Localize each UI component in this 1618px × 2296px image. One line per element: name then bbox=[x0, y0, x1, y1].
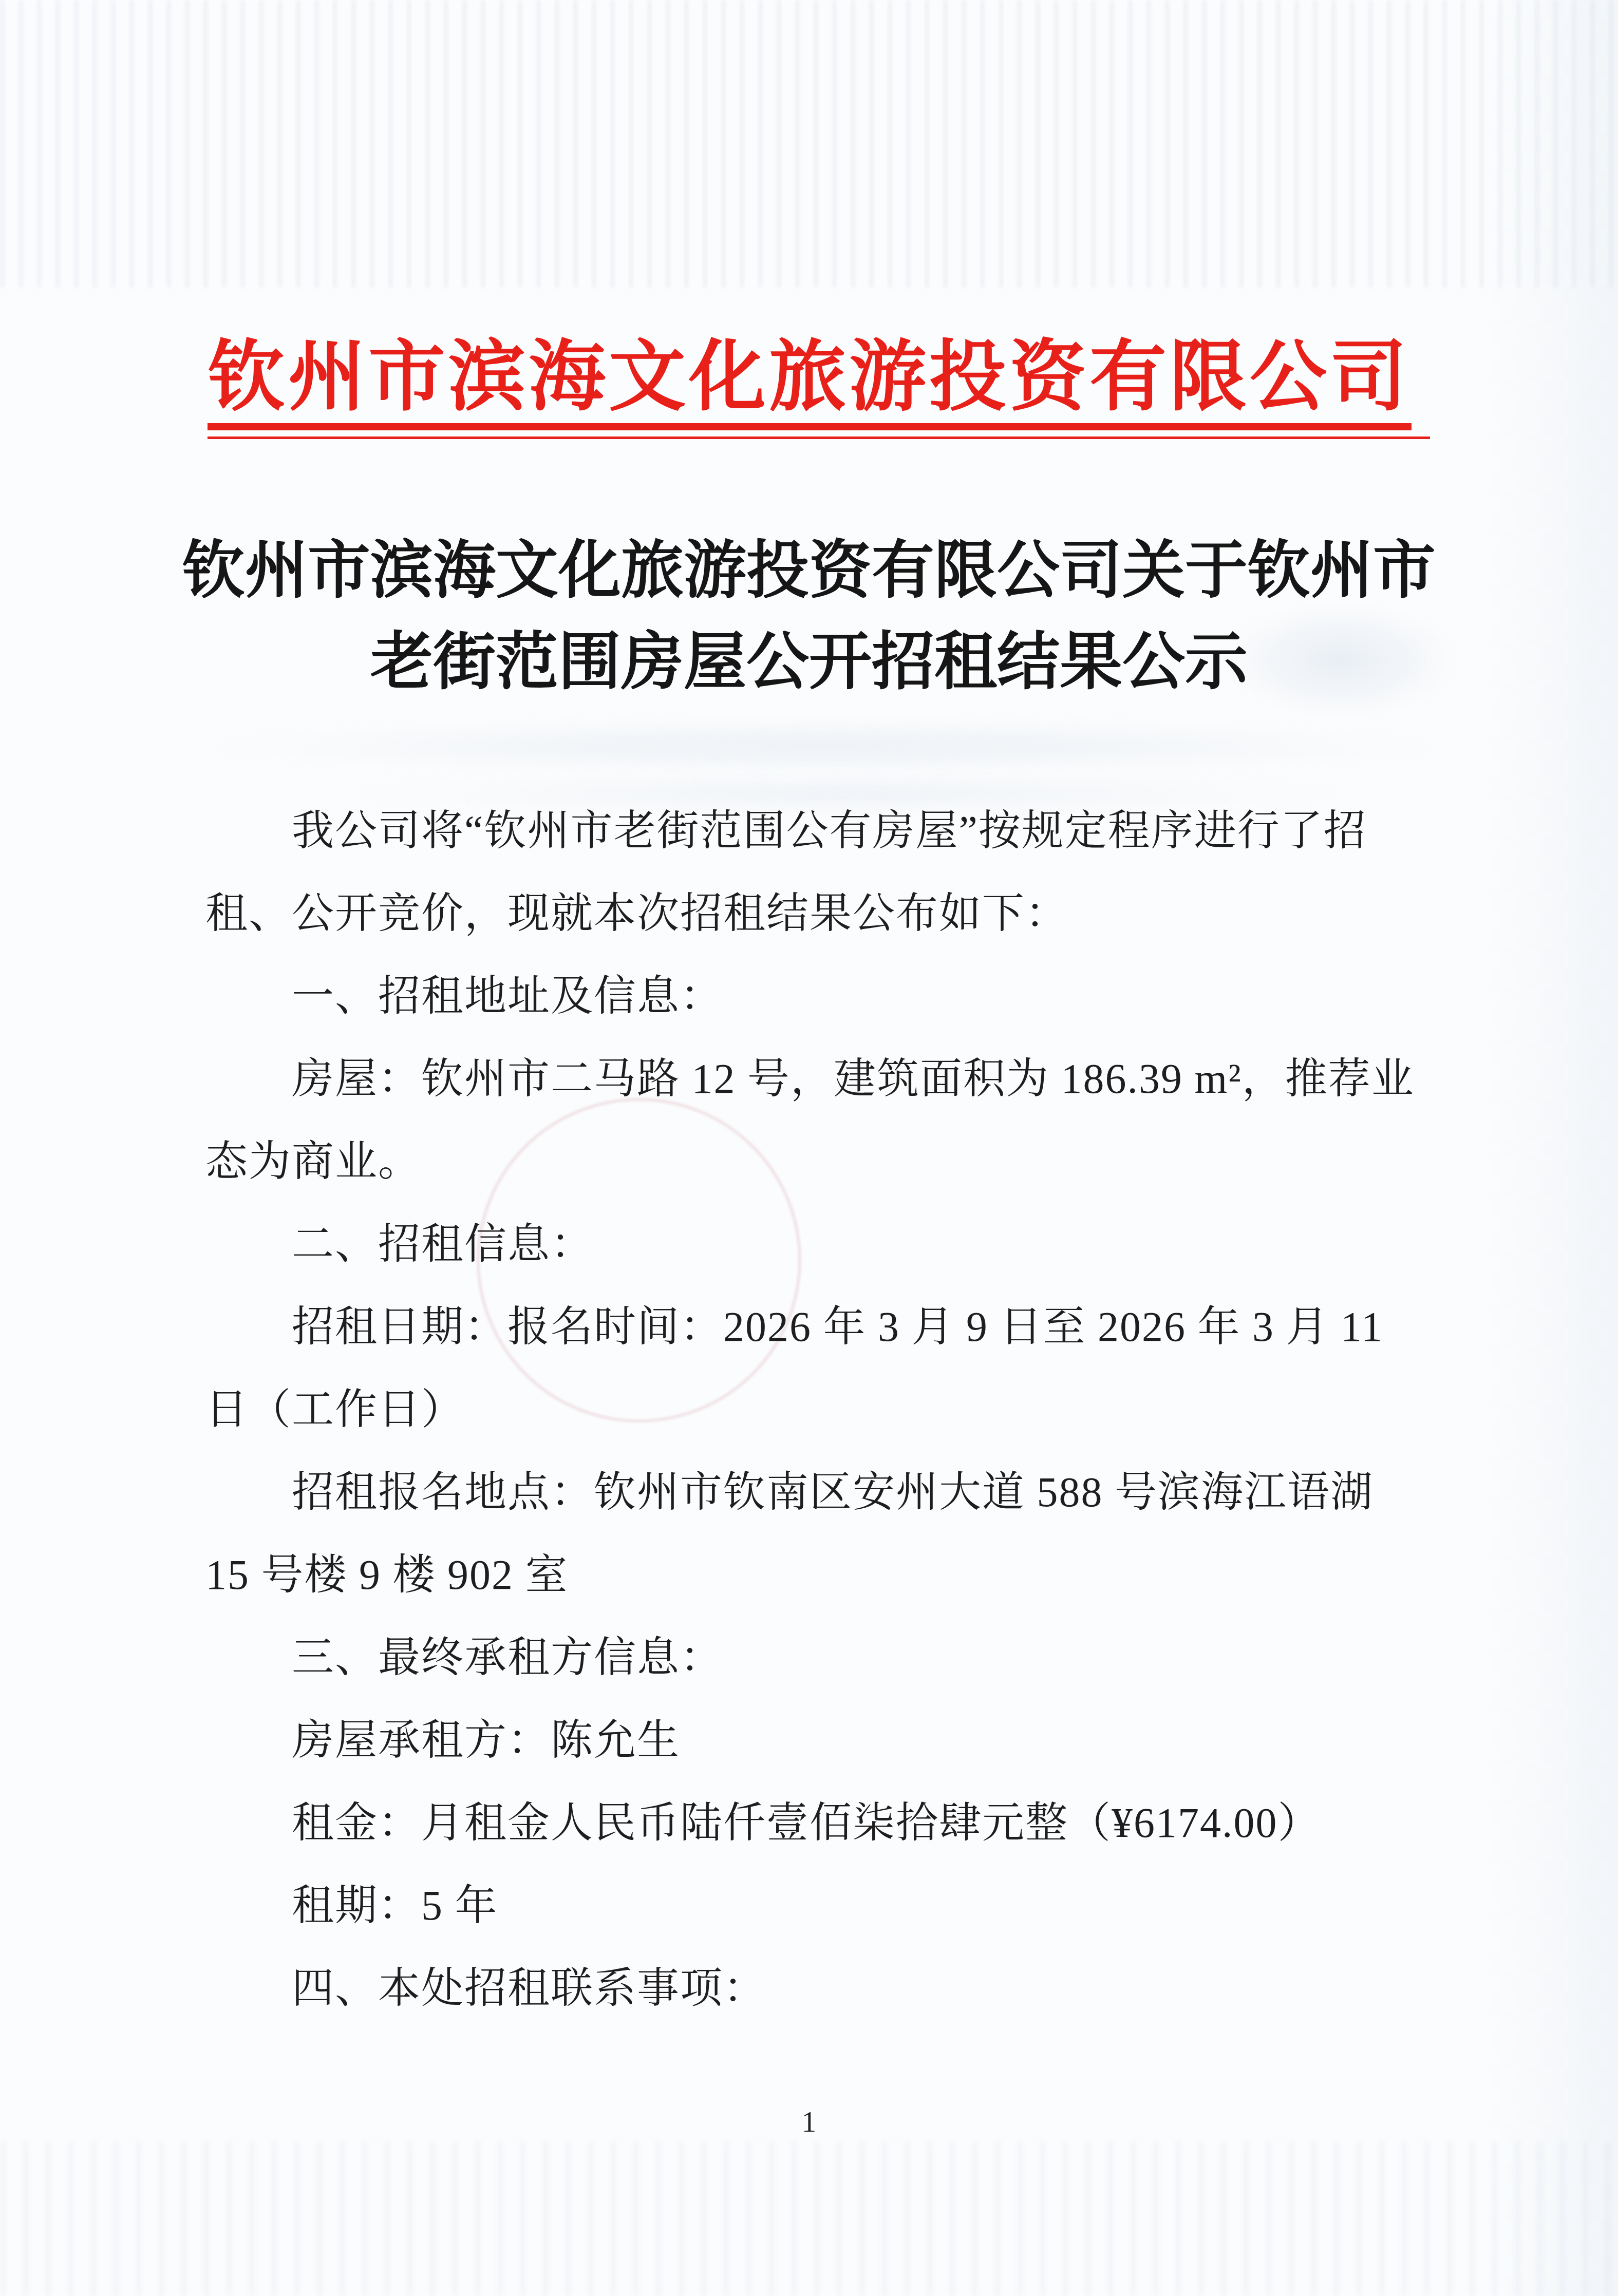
letterhead-rule-thin bbox=[208, 437, 1430, 439]
scan-smudge-band bbox=[221, 718, 1428, 774]
body-line: 四、本处招租联系事项： bbox=[205, 1947, 1448, 2029]
body-line: 房屋：钦州市二马路 12 号，建筑面积为 186.39 m²，推荐业 bbox=[205, 1037, 1448, 1120]
body-line: 态为商业。 bbox=[205, 1120, 1448, 1203]
body-line: 租、公开竞价，现就本次招租结果公布如下： bbox=[205, 872, 1448, 955]
letterhead-rule-thick bbox=[208, 423, 1412, 430]
body-line: 我公司将“钦州市老街范围公有房屋”按规定程序进行了招 bbox=[205, 789, 1448, 872]
document-title-line-2: 老街范围房屋公开招租结果公示 bbox=[0, 625, 1618, 697]
body-line: 一、招租地址及信息： bbox=[205, 955, 1448, 1037]
body-line: 三、最终承租方信息： bbox=[205, 1616, 1448, 1699]
document-body: 我公司将“钦州市老街范围公有房屋”按规定程序进行了招 租、公开竞价，现就本次招租… bbox=[205, 789, 1448, 2029]
body-line: 租金：月租金人民币陆仟壹佰柒拾肆元整（¥6174.00） bbox=[205, 1781, 1448, 1864]
body-line: 招租报名地点：钦州市钦南区安州大道 588 号滨海江语湖 bbox=[205, 1451, 1448, 1533]
page-number: 1 bbox=[0, 2099, 1618, 2146]
scan-texture-top bbox=[0, 0, 1618, 288]
document-title-line-1: 钦州市滨海文化旅游投资有限公司关于钦州市 bbox=[0, 534, 1618, 606]
body-line: 租期：5 年 bbox=[205, 1864, 1448, 1947]
body-line: 日（工作日） bbox=[205, 1368, 1448, 1451]
body-line: 招租日期：报名时间：2026 年 3 月 9 日至 2026 年 3 月 11 bbox=[205, 1285, 1448, 1368]
body-line: 二、招租信息： bbox=[205, 1203, 1448, 1285]
letterhead-title: 钦州市滨海文化旅游投资有限公司 bbox=[0, 333, 1618, 420]
body-line: 15 号楼 9 楼 902 室 bbox=[205, 1533, 1448, 1616]
scan-texture-bottom bbox=[0, 2142, 1618, 2296]
body-line: 房屋承租方：陈允生 bbox=[205, 1699, 1448, 1781]
